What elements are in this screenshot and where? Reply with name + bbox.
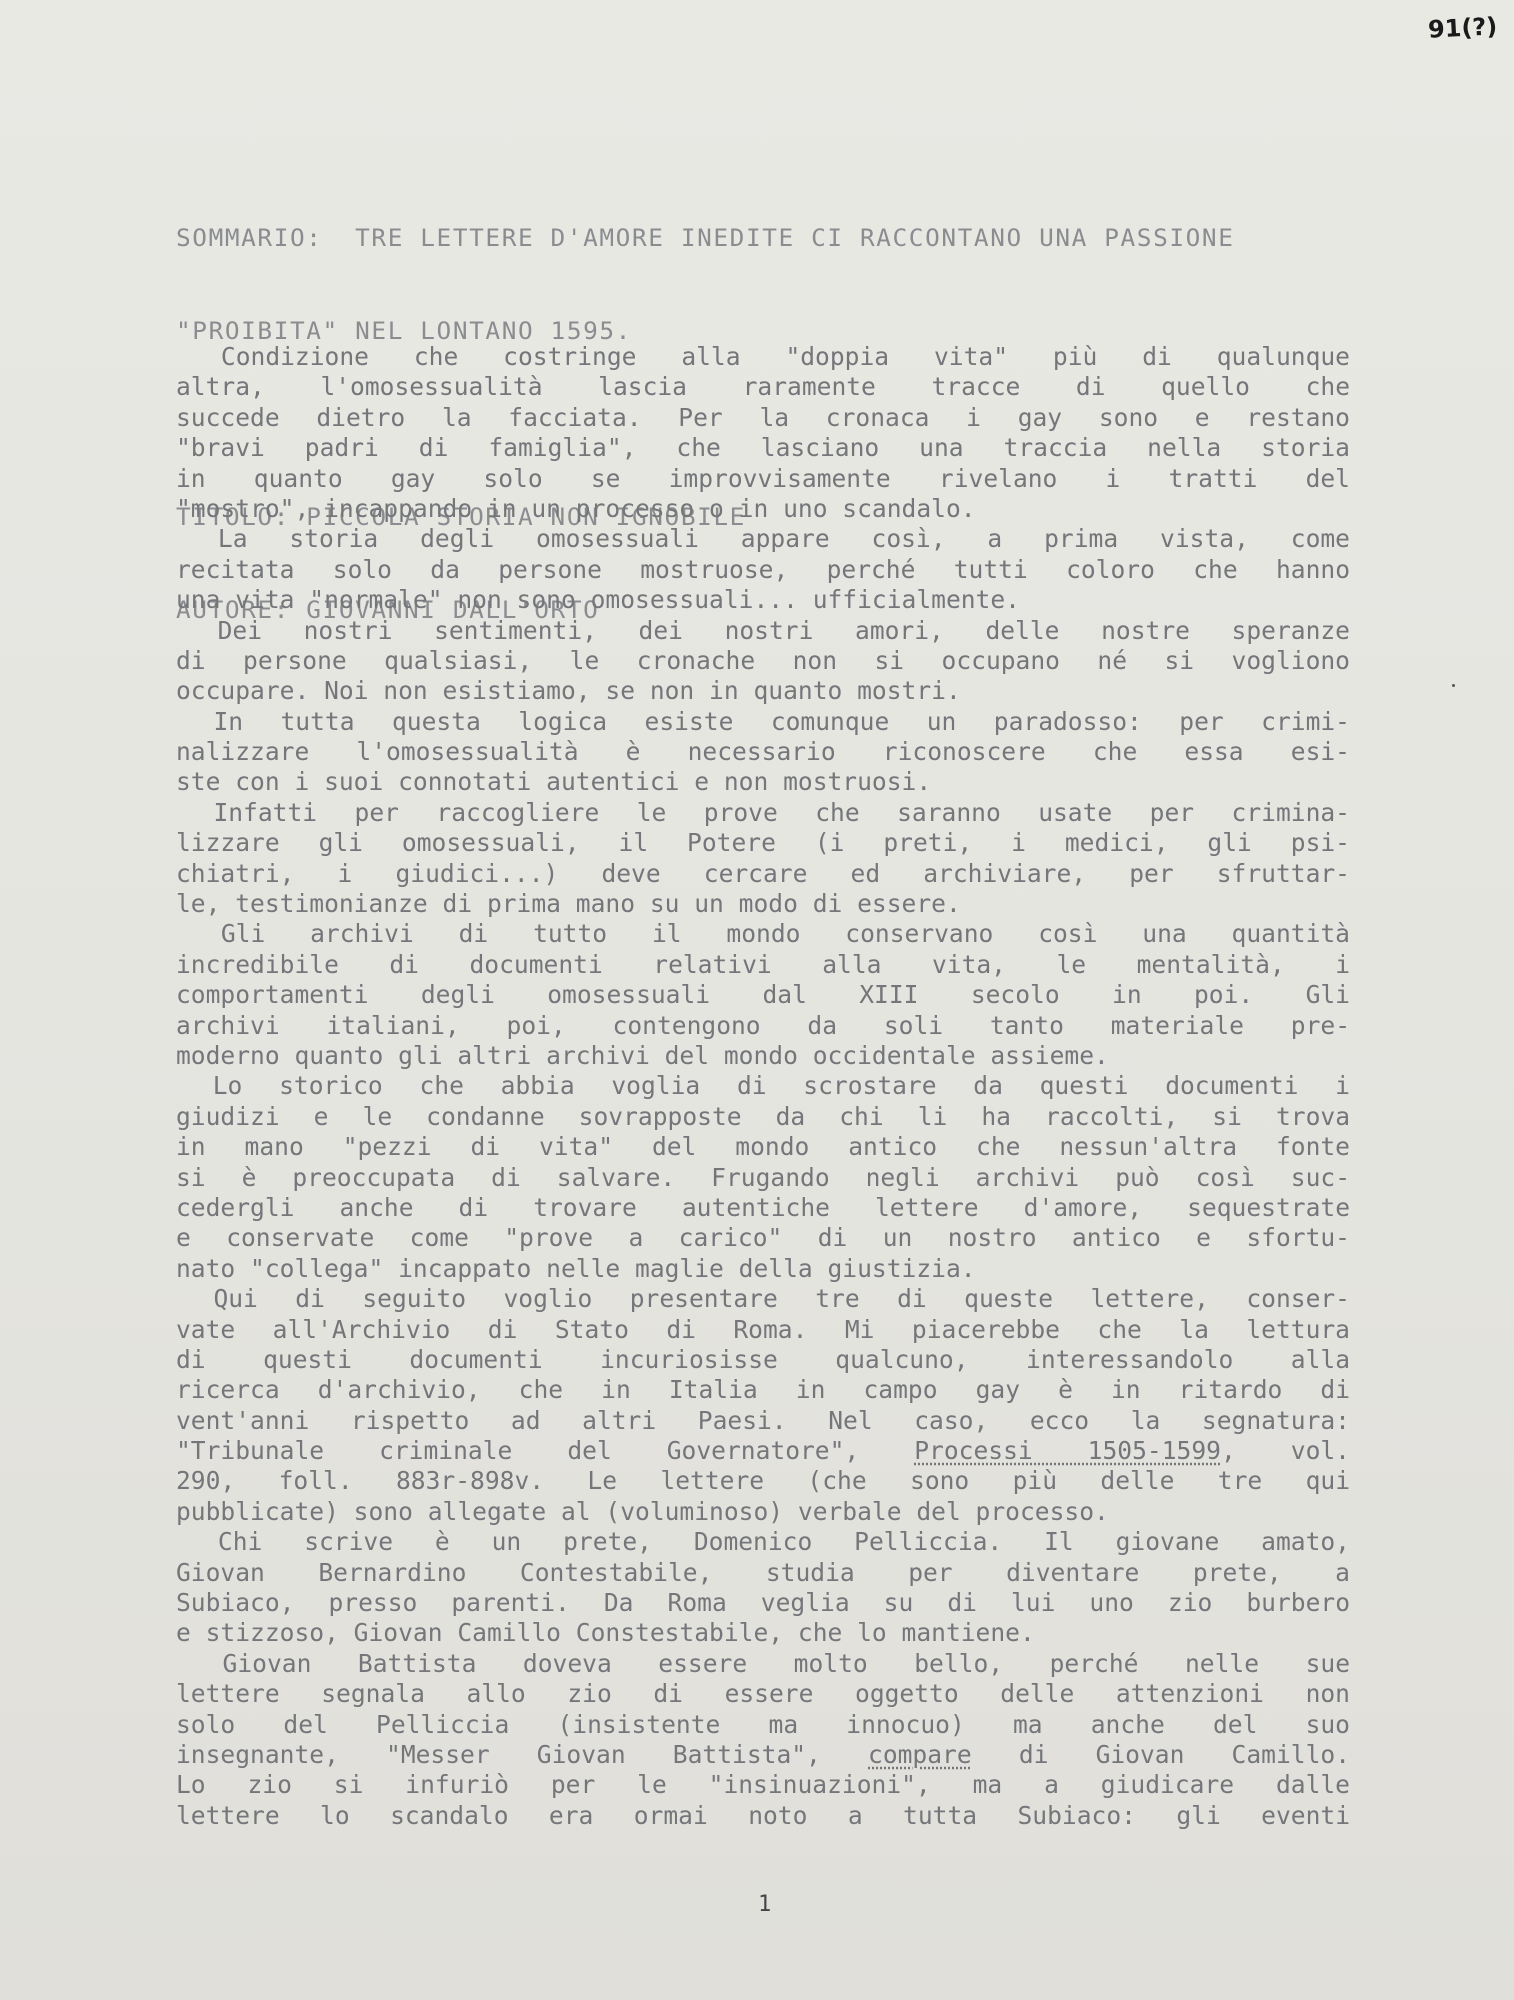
text-line: giudizi e le condanne sovrapposte da chi… <box>176 1102 1350 1132</box>
text-line: Giovan Bernardino Contestabile, studia p… <box>176 1558 1350 1588</box>
text-line: di questi documenti incuriosisse qualcun… <box>176 1345 1350 1375</box>
article-body: Condizione che costringe alla "doppia vi… <box>176 342 1350 1831</box>
text-line: Lo zio si infuriò per le "insinuazioni",… <box>176 1770 1350 1800</box>
text-line: solo del Pelliccia (insistente ma innocu… <box>176 1710 1350 1740</box>
text-line: lettere segnala allo zio di essere ogget… <box>176 1679 1350 1709</box>
text-line: Qui di seguito voglio presentare tre di … <box>176 1284 1350 1314</box>
text-line: pubblicate) sono allegate al (voluminoso… <box>176 1497 1350 1527</box>
text-line: altra, l'omosessualità lascia raramente … <box>176 372 1350 402</box>
text-line: "mostro", incappando in un processo o in… <box>176 494 1350 524</box>
summary-line-1: SOMMARIO: TRE LETTERE D'AMORE INEDITE CI… <box>176 222 1356 253</box>
paper-speck <box>1452 684 1455 687</box>
text-line: "Tribunale criminale del Governatore", P… <box>176 1436 1350 1466</box>
text-line: e stizzoso, Giovan Camillo Constestabile… <box>176 1618 1350 1648</box>
text-line: Infatti per raccogliere le prove che sar… <box>176 798 1350 828</box>
text-line: lizzare gli omosessuali, il Potere (i pr… <box>176 828 1350 858</box>
text-line: si è preoccupata di salvare. Frugando ne… <box>176 1163 1350 1193</box>
text-line: una vita "normale" non sono omosessuali.… <box>176 585 1350 615</box>
text-line: Dei nostri sentimenti, dei nostri amori,… <box>176 616 1350 646</box>
text-line: in quanto gay solo se improvvisamente ri… <box>176 464 1350 494</box>
page-number: 1 <box>758 1892 771 1917</box>
text-line: in mano "pezzi di vita" del mondo antico… <box>176 1132 1350 1162</box>
text-line: moderno quanto gli altri archivi del mon… <box>176 1041 1350 1071</box>
text-line: In tutta questa logica esiste comunque u… <box>176 707 1350 737</box>
underlined-text: compare <box>868 1740 972 1769</box>
text-line: vent'anni rispetto ad altri Paesi. Nel c… <box>176 1406 1350 1436</box>
text-line: recitata solo da persone mostruose, perc… <box>176 555 1350 585</box>
text-line: Lo storico che abbia voglia di scrostare… <box>176 1071 1350 1101</box>
underlined-text: Processi 1505-1599 <box>914 1436 1221 1465</box>
text-line: e conservate come "prove a carico" di un… <box>176 1223 1350 1253</box>
text-line: incredibile di documenti relativi alla v… <box>176 950 1350 980</box>
text-line: le, testimonianze di prima mano su un mo… <box>176 889 1350 919</box>
text-line: archivi italiani, poi, contengono da sol… <box>176 1011 1350 1041</box>
text-line: "bravi padri di famiglia", che lasciano … <box>176 433 1350 463</box>
text-line: insegnante, "Messer Giovan Battista", co… <box>176 1740 1350 1770</box>
text-line: Giovan Battista doveva essere molto bell… <box>176 1649 1350 1679</box>
text-line: lettere lo scandalo era ormai noto a tut… <box>176 1801 1350 1831</box>
text-line: di persone qualsiasi, le cronache non si… <box>176 646 1350 676</box>
text-line: 290, foll. 883r-898v. Le lettere (che so… <box>176 1466 1350 1496</box>
text-line: nato "collega" incappato nelle maglie de… <box>176 1254 1350 1284</box>
handwritten-page-note: 91(?) <box>1427 12 1498 44</box>
text-line: occupare. Noi non esistiamo, se non in q… <box>176 676 1350 706</box>
text-line: Gli archivi di tutto il mondo conservano… <box>176 919 1350 949</box>
text-line: chiatri, i giudici...) deve cercare ed a… <box>176 859 1350 889</box>
document-page: 91(?) SOMMARIO: TRE LETTERE D'AMORE INED… <box>0 0 1514 2000</box>
text-line: ricerca d'archivio, che in Italia in cam… <box>176 1375 1350 1405</box>
text-line: comportamenti degli omosessuali dal XIII… <box>176 980 1350 1010</box>
text-line: vate all'Archivio di Stato di Roma. Mi p… <box>176 1315 1350 1345</box>
text-line: nalizzare l'omosessualità è necessario r… <box>176 737 1350 767</box>
text-line: cedergli anche di trovare autentiche let… <box>176 1193 1350 1223</box>
text-line: Chi scrive è un prete, Domenico Pellicci… <box>176 1527 1350 1557</box>
text-line: succede dietro la facciata. Per la crona… <box>176 403 1350 433</box>
text-line: Condizione che costringe alla "doppia vi… <box>176 342 1350 372</box>
text-line: ste con i suoi connotati autentici e non… <box>176 767 1350 797</box>
text-line: La storia degli omosessuali appare così,… <box>176 524 1350 554</box>
text-line: Subiaco, presso parenti. Da Roma veglia … <box>176 1588 1350 1618</box>
